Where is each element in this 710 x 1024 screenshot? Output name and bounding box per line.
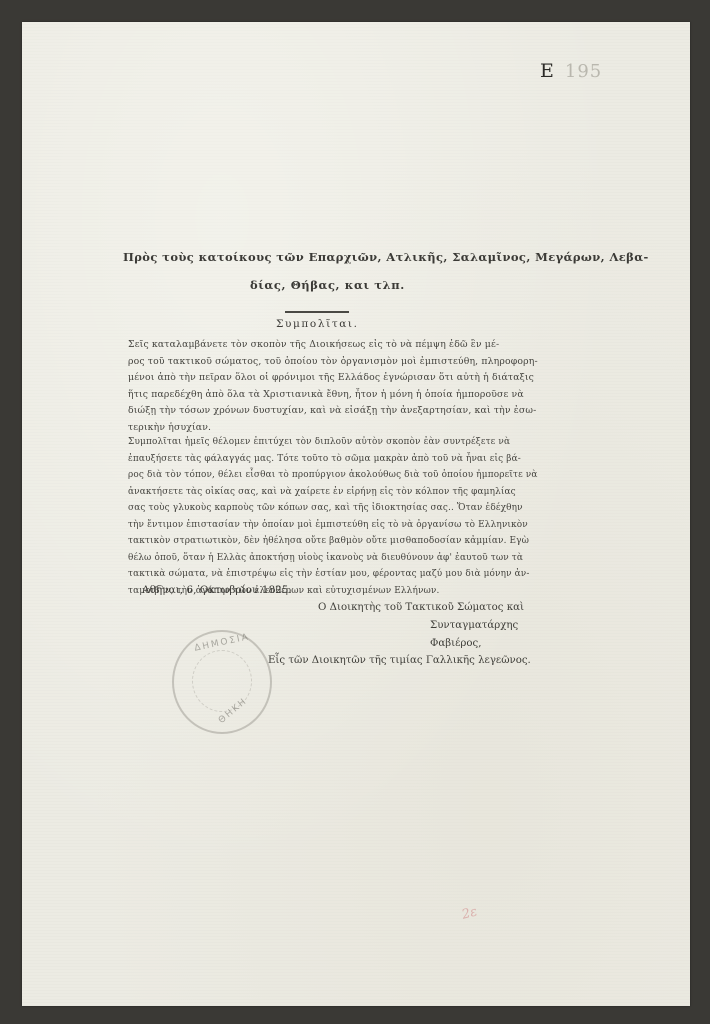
text-line: τὴν ἔντιμον ἐπιστασίαν τὴν ὁποίαν μοὶ ἐμ… — [128, 517, 538, 534]
salutation: Συμπολῖται. — [276, 318, 359, 330]
signature-line-1: Ο Διοικητὴς τοῦ Τακτικοῦ Σώματος καὶ — [318, 602, 524, 613]
divider-rule — [285, 311, 349, 313]
paragraph-2: Συμπολῖται ἡμεῖς θέλομεν ἐπιτύχει τὸν δι… — [128, 434, 569, 599]
text-line: τακτικὸν στρατιωτικὸν, δὲν ἠθέλησα οὔτε … — [128, 533, 538, 550]
signature-name: Φαβιέρος, — [430, 638, 481, 649]
text-line: ἐπαυξήσετε τὰς φάλαγγάς μας. Τότε τοῦτο … — [128, 451, 538, 468]
signature-line-4: Εἷς τῶν Διοικητῶν τῆς τιμίας Γαλλικῆς λε… — [268, 655, 531, 666]
text-line: ἥτις παρεδέχθη ἀπὸ ὅλα τὰ Χριστιανικὰ ἔθ… — [128, 387, 538, 404]
address-heading-line2: δίας, Θήβας, και τλπ. — [250, 278, 405, 292]
text-line: ρος τοῦ τακτικοῦ σώματος, τοῦ ὁποίου τὸν… — [128, 354, 538, 371]
text-line: σας τοὺς γλυκοὺς καρποὺς τῶν κόπων σας, … — [128, 500, 538, 517]
text-line: Συμπολῖται ἡμεῖς θέλομεν ἐπιτύχει τὸν δι… — [128, 434, 538, 451]
text-line: Σεῖς καταλαμβάνετε τὸν σκοπὸν τῆς Διοική… — [128, 337, 538, 354]
shelfmark-letter: E — [540, 60, 555, 82]
text-line: διώξῃ τὴν τόσων χρόνων δυστυχίαν, καὶ νὰ… — [128, 403, 538, 420]
paragraph-1: Σεῖς καταλαμβάνετε τὸν σκοπὸν τῆς Διοική… — [128, 337, 551, 436]
dateline: Αθῆναι, 6, Οκτωβρίου 1825. — [142, 584, 292, 596]
text-line: θέλω ὁποῦ, ὅταν ἡ Ελλὰς ἀποκτήσῃ υἱοὺς ἱ… — [128, 550, 538, 567]
text-line: ἀνακτήσετε τὰς οἰκίας σας, καὶ νὰ χαίρετ… — [128, 484, 538, 501]
text-line: ρος διὰ τὸν τόπον, θέλει εἶσθαι τὸ προπύ… — [128, 467, 538, 484]
address-heading-line1: Πρὸς τοὺς κατοίκους τῶν Επαρχιῶν, Ατλικῆ… — [123, 250, 649, 264]
text-line: τακτικὰ σώματα, νὰ ἐπιστρέψω εἰς τὴν ἑστ… — [128, 566, 538, 583]
shelfmark-number: 195 — [565, 61, 602, 82]
signature-line-2: Συνταγματάρχης — [430, 620, 518, 631]
shelfmark: E195 — [540, 60, 602, 82]
library-stamp: ΔΗΜΟΣΙΑ ΘΗΚΗ — [172, 630, 272, 734]
text-line: μένοι ἀπὸ τὴν πεῖραν ὅλοι οἱ φρόνιμοι τῆ… — [128, 370, 538, 387]
